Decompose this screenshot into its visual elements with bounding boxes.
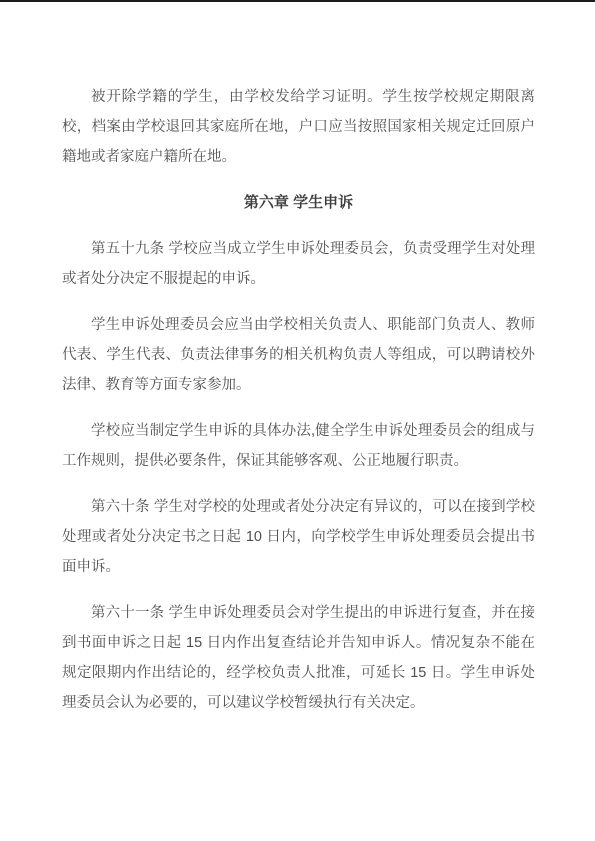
paragraph-article-59: 第五十九条 学校应当成立学生申诉处理委员会，负责受理学生对处理或者处分决定不服提… [62, 234, 535, 294]
paragraph-committee-composition: 学生申诉处理委员会应当由学校相关负责人、职能部门负责人、教师代表、学生代表、负责… [62, 310, 535, 400]
document-page: 被开除学籍的学生，由学校发给学习证明。学生按学校规定期限离校，档案由学校退回其家… [0, 2, 595, 718]
paragraph-expulsion-archive: 被开除学籍的学生，由学校发给学习证明。学生按学校规定期限离校，档案由学校退回其家… [62, 82, 535, 172]
paragraph-appeal-rules: 学校应当制定学生申诉的具体办法,健全学生申诉处理委员会的组成与工作规则，提供必要… [62, 416, 535, 476]
paragraph-article-60: 第六十条 学生对学校的处理或者处分决定有异议的，可以在接到学校处理或者处分决定书… [62, 492, 535, 582]
chapter-heading: 第六章 学生申诉 [62, 188, 535, 218]
paragraph-article-61: 第六十一条 学生申诉处理委员会对学生提出的申诉进行复查，并在接到书面申诉之日起 … [62, 598, 535, 718]
